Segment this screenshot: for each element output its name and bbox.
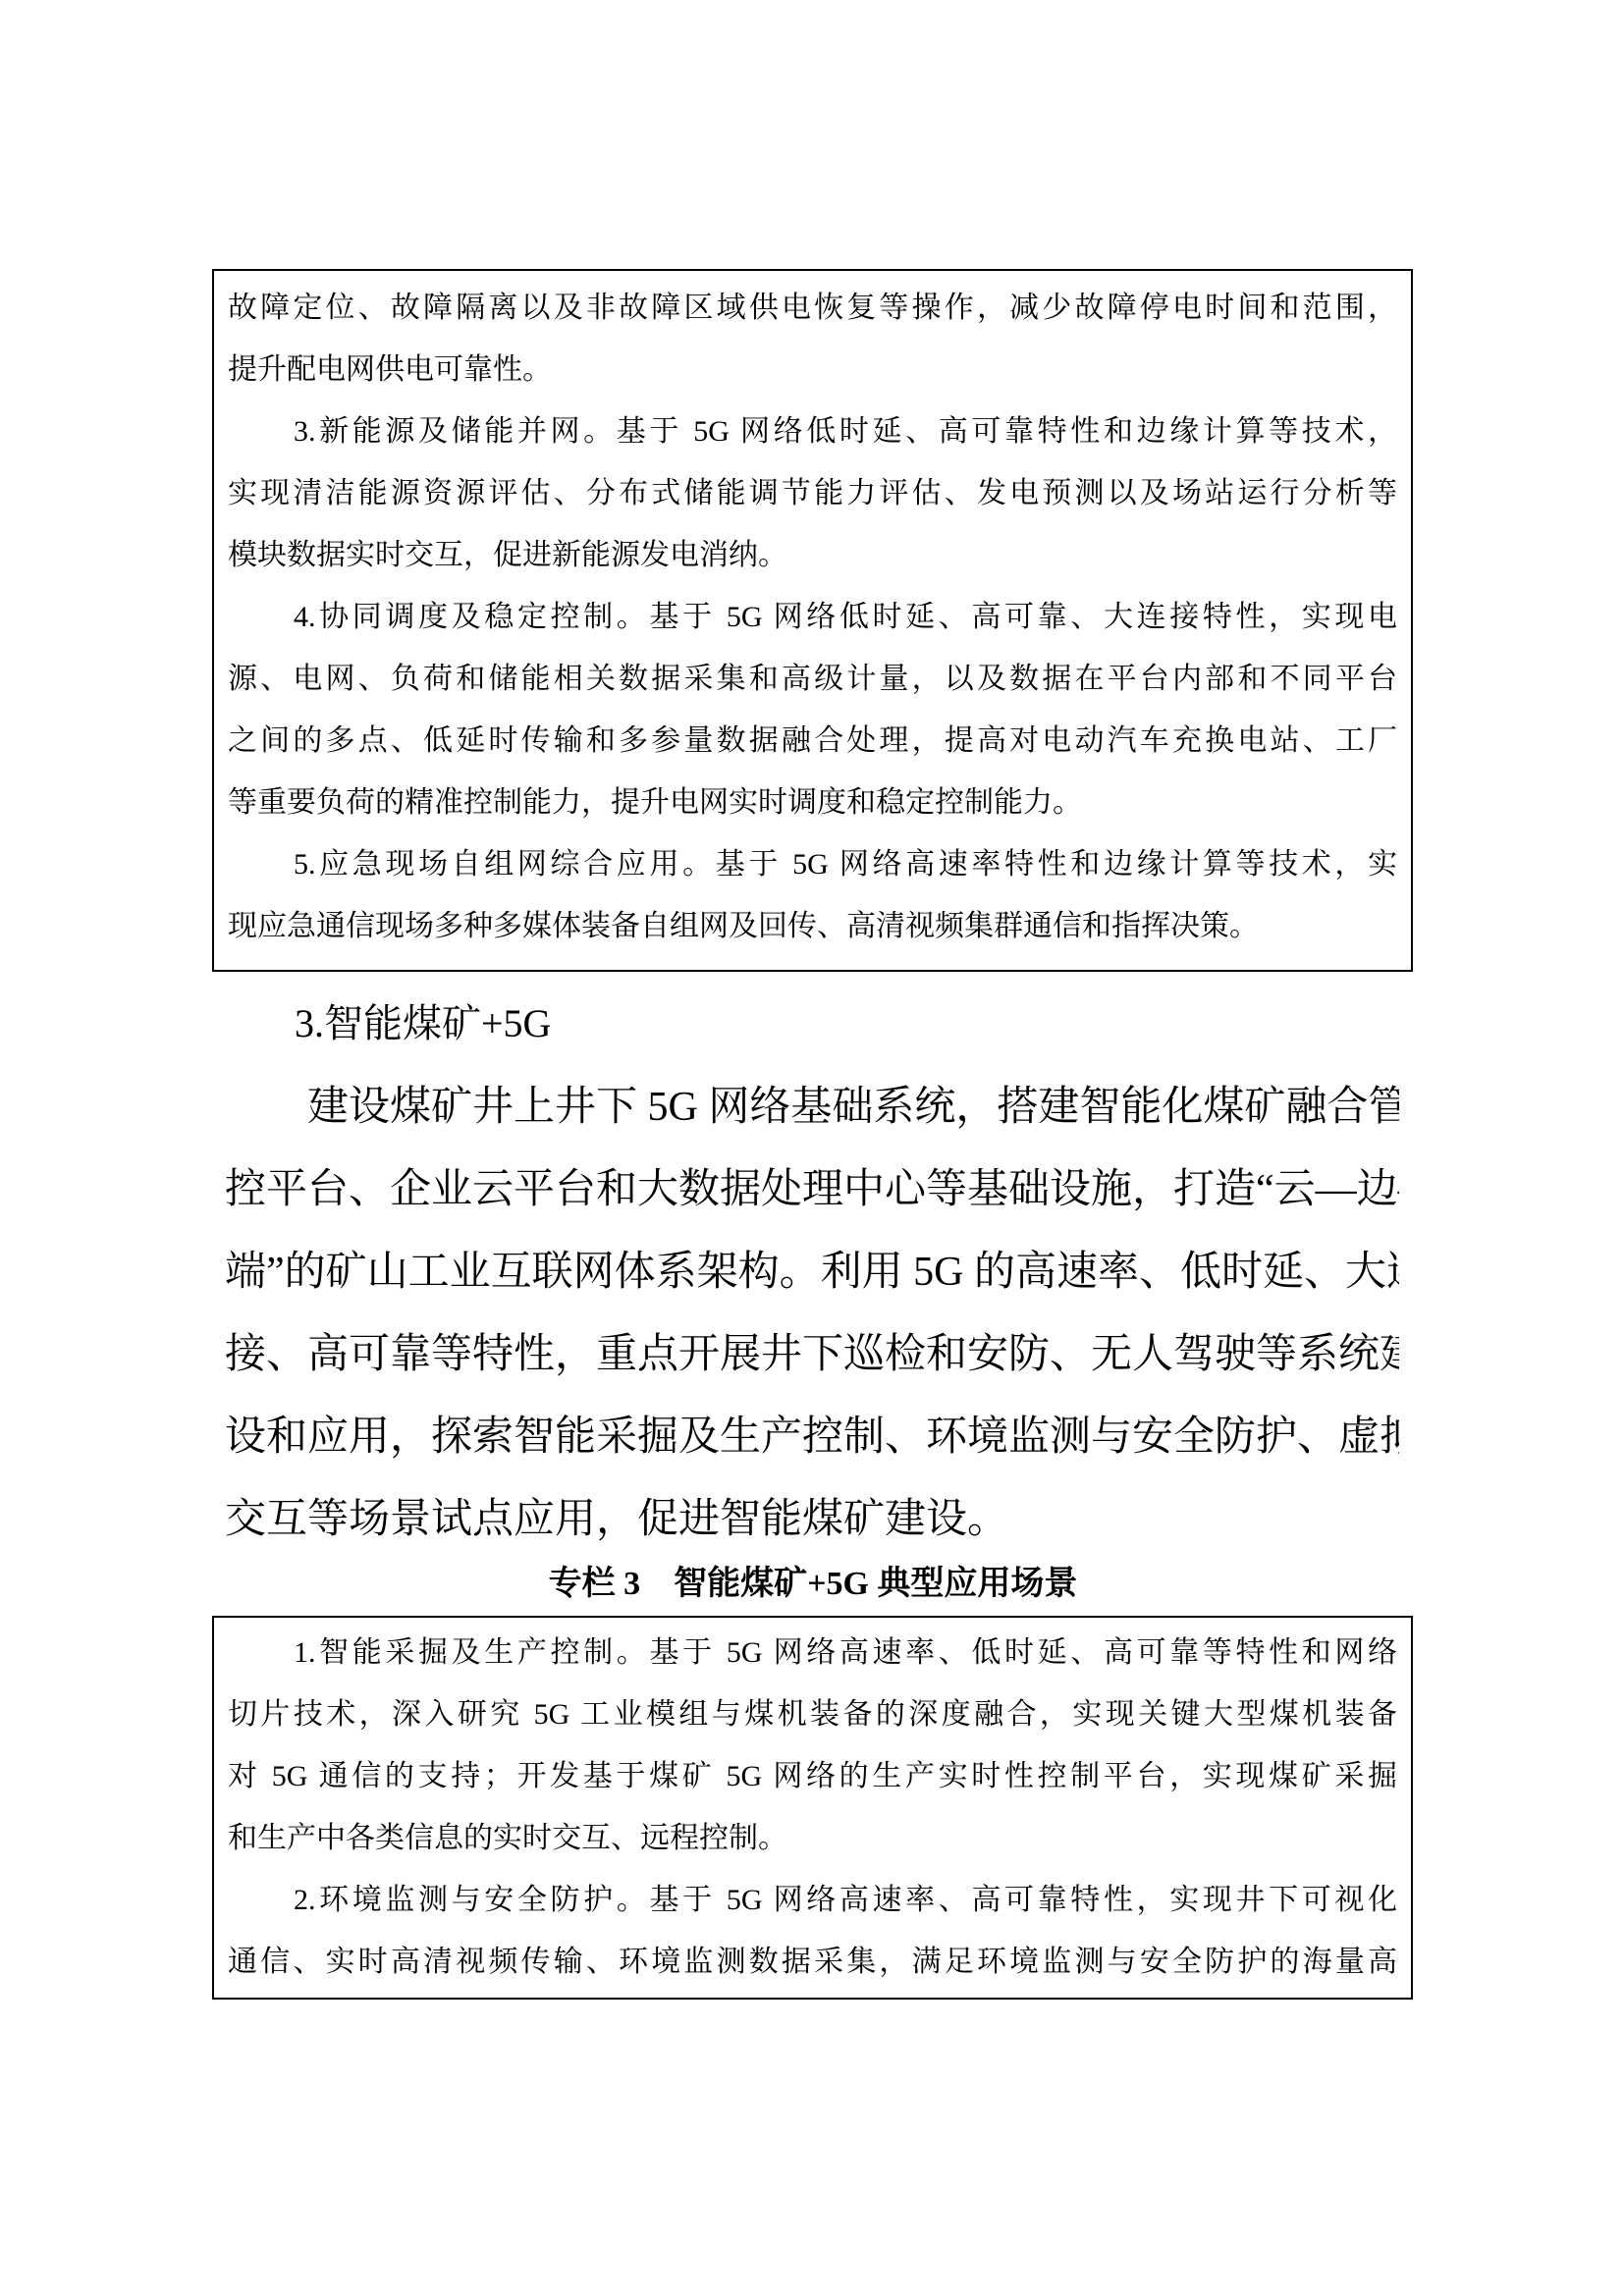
callout-box-coal-mine-scenarios: 1.智能采掘及生产控制。基于 5G 网络高速率、低时延、高可靠等特性和网络 切片…	[212, 1616, 1413, 2000]
text-line: 4.协同调度及稳定控制。基于 5G 网络低时延、高可靠、大连接特性，实现电	[228, 586, 1397, 648]
text-line: 和生产中各类信息的实时交互、远程控制。	[228, 1807, 1397, 1869]
body-line: 端”的矿山工业互联网体系架构。利用 5G 的高速率、低时延、大连	[225, 1231, 1399, 1313]
body-line: 交互等场景试点应用，促进智能煤矿建设。	[225, 1478, 1399, 1561]
text-line: 通信、实时高清视频传输、环境监测数据采集，满足环境监测与安全防护的海量高	[228, 1931, 1397, 1993]
text-line: 提升配电网供电可靠性。	[228, 339, 1397, 400]
column-3-caption: 专栏 3 智能煤矿+5G 典型应用场景	[213, 1559, 1413, 1610]
body-line: 控平台、企业云平台和大数据处理中心等基础设施，打造“云—边—	[225, 1148, 1399, 1231]
body-line: 建设煤矿井上井下 5G 网络基础系统，搭建智能化煤矿融合管	[225, 1066, 1399, 1148]
text-line: 模块数据实时交互，促进新能源发电消纳。	[228, 524, 1397, 586]
text-line: 源、电网、负荷和储能相关数据采集和高级计量，以及数据在平台内部和不同平台	[228, 648, 1397, 710]
body-line: 设和应用，探索智能采掘及生产控制、环境监测与安全防护、虚拟	[225, 1396, 1399, 1478]
text-line: 故障定位、故障隔离以及非故障区域供电恢复等操作，减少故障停电时间和范围，	[228, 277, 1397, 339]
text-line: 等重要负荷的精准控制能力，提升电网实时调度和稳定控制能力。	[228, 772, 1397, 833]
text-line: 实现清洁能源资源评估、分布式储能调节能力评估、发电预测以及场站运行分析等	[228, 462, 1397, 524]
text-line: 3.新能源及储能并网。基于 5G 网络低时延、高可靠特性和边缘计算等技术，	[228, 400, 1397, 462]
section-heading: 3.智能煤矿+5G	[295, 989, 551, 1058]
document-page: 故障定位、故障隔离以及非故障区域供电恢复等操作，减少故障停电时间和范围， 提升配…	[0, 0, 1624, 2296]
text-line: 切片技术，深入研究 5G 工业模组与煤机装备的深度融合，实现关键大型煤机装备	[228, 1683, 1397, 1745]
section-paragraph: 建设煤矿井上井下 5G 网络基础系统，搭建智能化煤矿融合管 控平台、企业云平台和…	[225, 1066, 1399, 1561]
text-line: 5.应急现场自组网综合应用。基于 5G 网络高速率特性和边缘计算等技术，实	[228, 833, 1397, 895]
callout-box-power-scenarios: 故障定位、故障隔离以及非故障区域供电恢复等操作，减少故障停电时间和范围， 提升配…	[212, 269, 1413, 972]
text-line: 之间的多点、低延时传输和多参量数据融合处理，提高对电动汽车充换电站、工厂	[228, 710, 1397, 772]
body-line: 接、高可靠等特性，重点开展井下巡检和安防、无人驾驶等系统建	[225, 1313, 1399, 1396]
text-line: 现应急通信现场多种多媒体装备自组网及回传、高清视频集群通信和指挥决策。	[228, 895, 1397, 957]
text-line: 1.智能采掘及生产控制。基于 5G 网络高速率、低时延、高可靠等特性和网络	[228, 1622, 1397, 1683]
text-line: 2.环境监测与安全防护。基于 5G 网络高速率、高可靠特性，实现井下可视化	[228, 1869, 1397, 1931]
text-line: 对 5G 通信的支持；开发基于煤矿 5G 网络的生产实时性控制平台，实现煤矿采掘	[228, 1745, 1397, 1807]
